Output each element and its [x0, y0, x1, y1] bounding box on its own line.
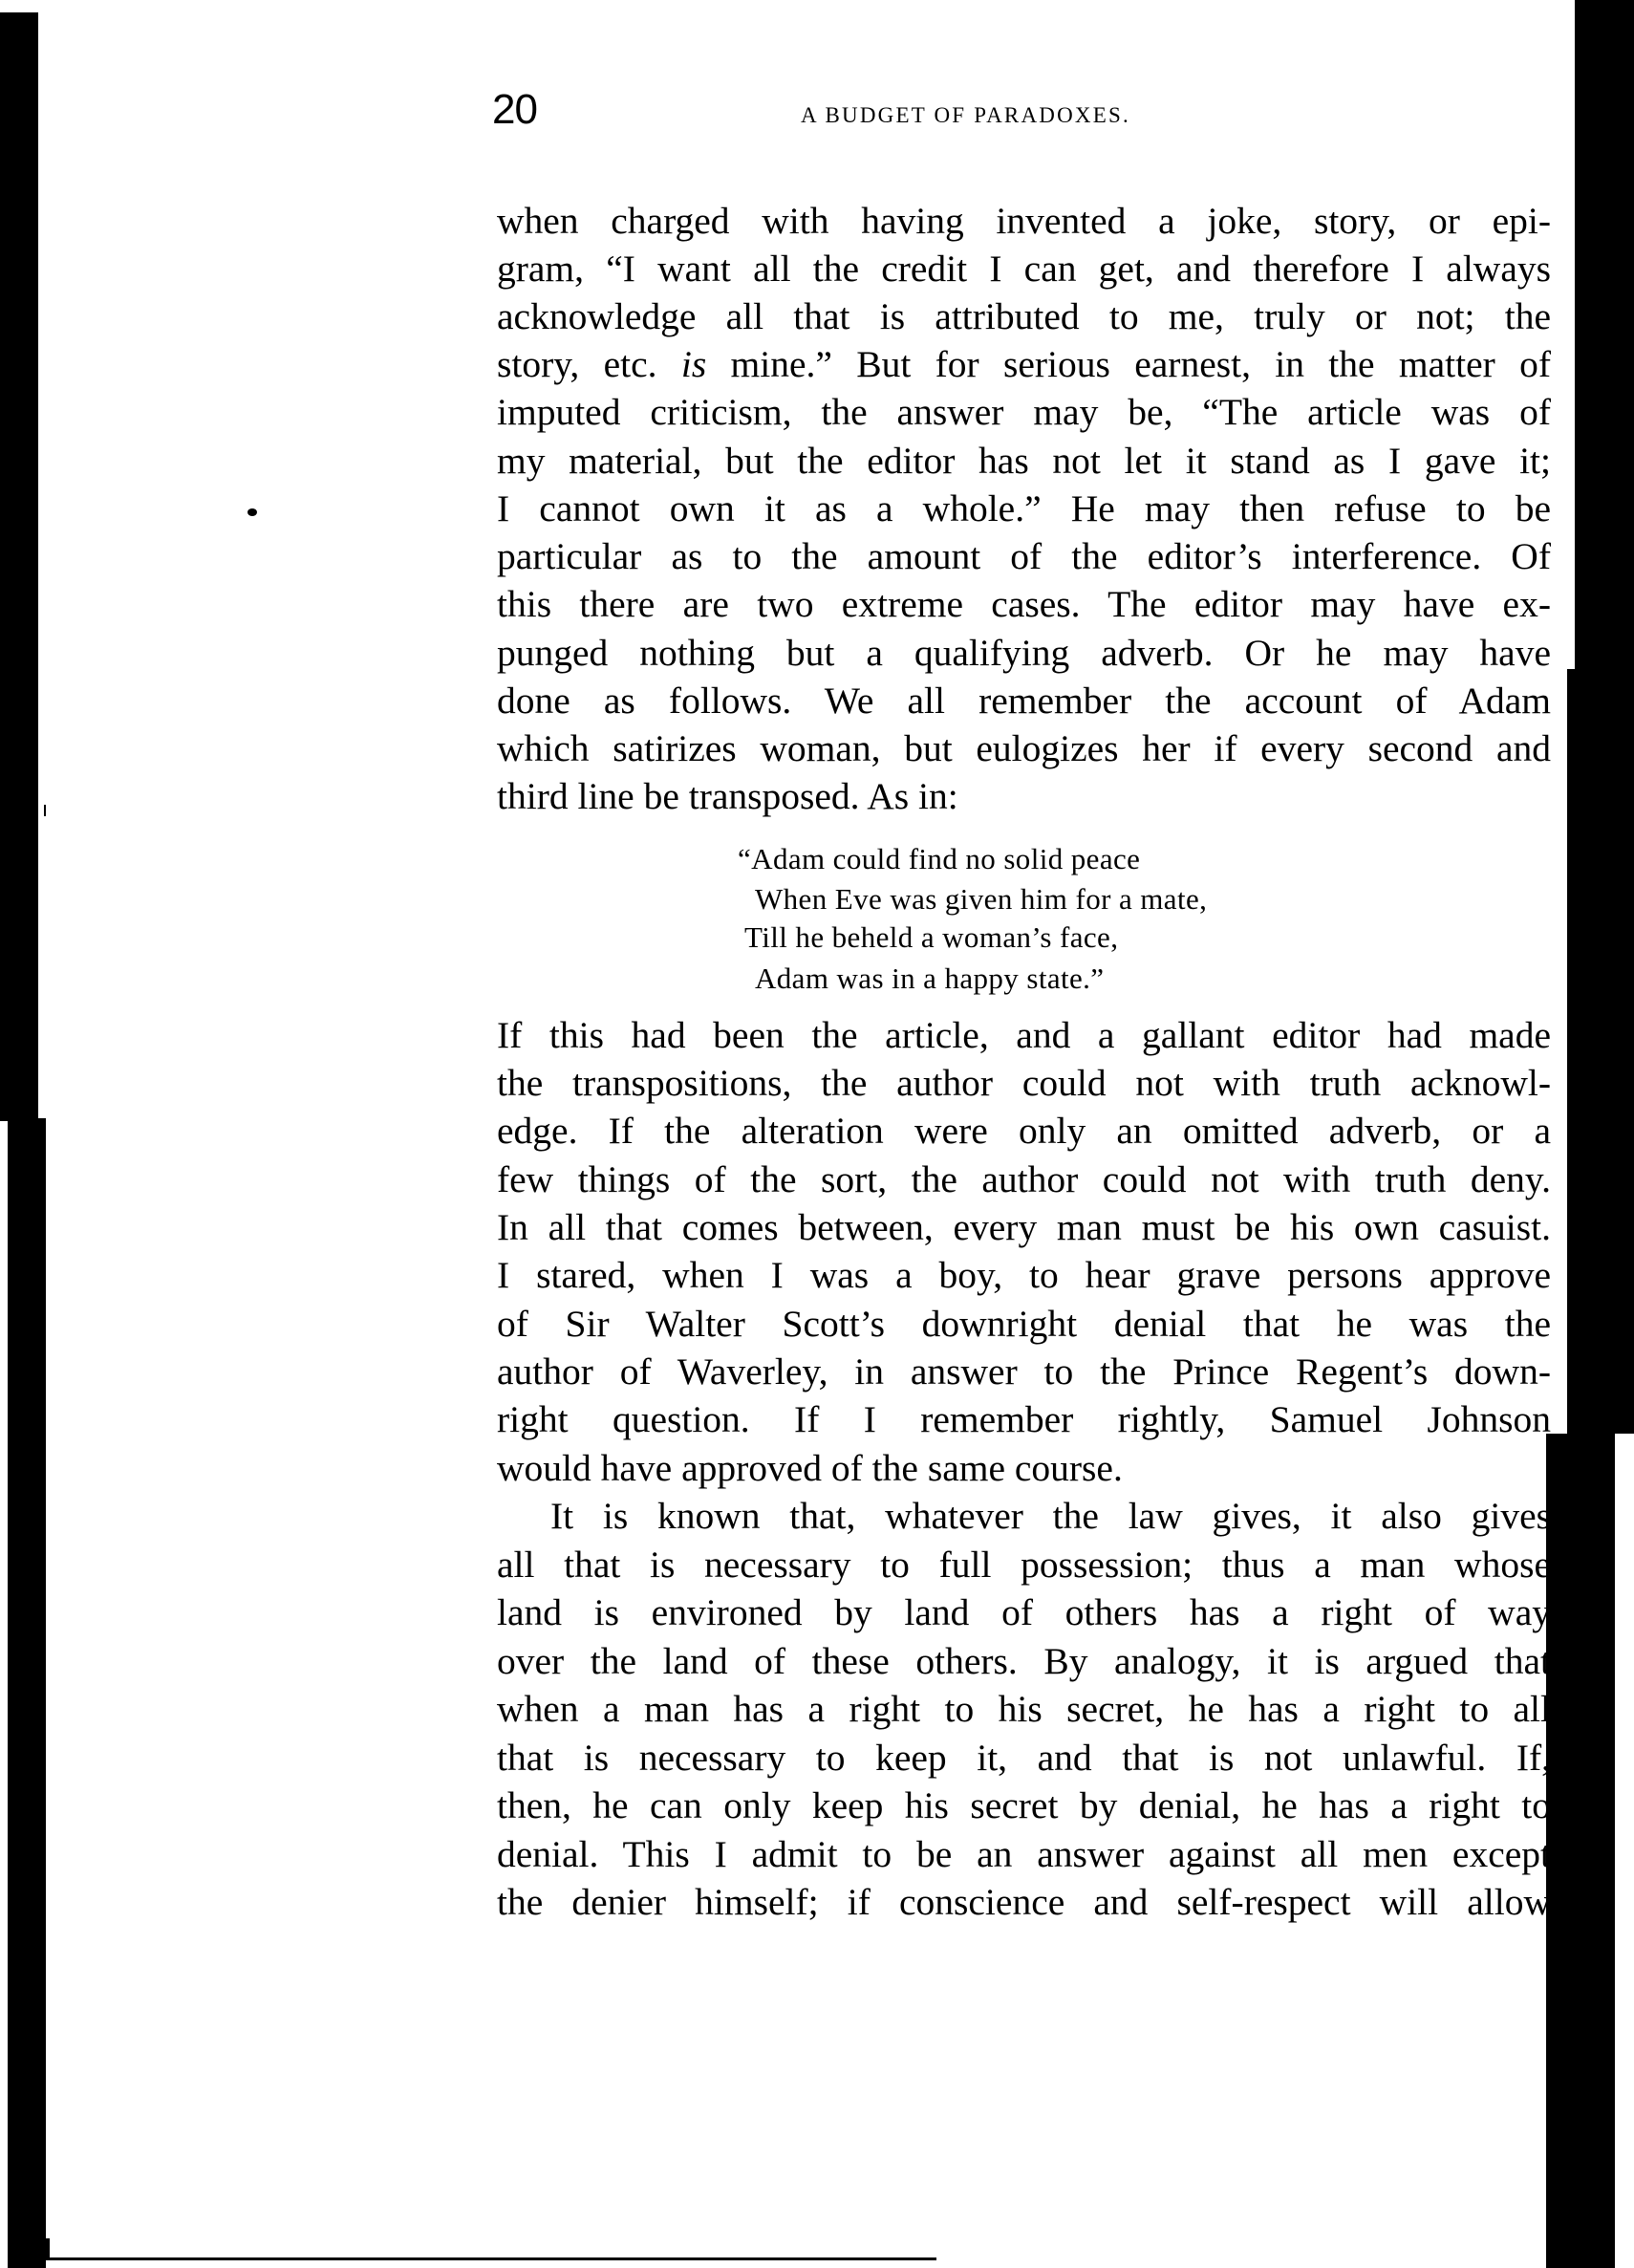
bottom-scan-edge	[38, 2257, 936, 2260]
text-fragment: story, etc.	[497, 343, 681, 385]
left-scan-border-lower	[8, 1118, 46, 2268]
text-line: edge. If the alteration were only an omi…	[497, 1109, 1551, 1153]
text-line: would have approved of the same course.	[497, 1446, 1551, 1490]
text-fragment: mine.” But for serious earnest, in the m…	[706, 343, 1551, 385]
text-line: of Sir Walter Scott’s downright denial t…	[497, 1302, 1551, 1346]
text-line: punged nothing but a qualifying adverb. …	[497, 631, 1551, 675]
italic-emphasis: is	[681, 343, 706, 385]
left-scan-border	[0, 12, 38, 1121]
text-line: this there are two extreme cases. The ed…	[497, 582, 1551, 626]
verse-line: “Adam could find no solid peace	[738, 841, 1140, 877]
verse-line: Adam was in a happy state.”	[755, 961, 1104, 997]
bottom-corner-mark	[46, 2238, 50, 2257]
right-scan-border	[1575, 0, 1634, 669]
text-line: all that is necessary to full possession…	[497, 1543, 1551, 1587]
text-line: author of Waverley, in answer to the Pri…	[497, 1350, 1551, 1393]
text-line: that is necessary to keep it, and that i…	[497, 1736, 1551, 1780]
text-line: gram, “I want all the credit I can get, …	[497, 247, 1551, 291]
text-line: then, he can only keep his secret by den…	[497, 1783, 1551, 1827]
text-line: It is known that, whatever the law gives…	[497, 1494, 1551, 1538]
text-line: which satirizes woman, but eulogizes her…	[497, 726, 1551, 770]
text-line: done as follows. We all remember the acc…	[497, 679, 1551, 723]
verse-line: Till he beheld a woman’s face,	[744, 919, 1118, 956]
text-line: story, etc. is mine.” But for serious ea…	[497, 342, 1551, 386]
text-line: In all that comes between, every man mus…	[497, 1205, 1551, 1249]
text-line: third line be transposed. As in:	[497, 774, 1551, 818]
text-line: acknowledge all that is attributed to me…	[497, 294, 1551, 338]
text-line: right question. If I remember rightly, S…	[497, 1397, 1551, 1441]
text-line: I stared, when I was a boy, to hear grav…	[497, 1253, 1551, 1297]
text-line: particular as to the amount of the edito…	[497, 534, 1551, 578]
text-line: few things of the sort, the author could…	[497, 1157, 1551, 1201]
text-line: over the land of these others. By analog…	[497, 1639, 1551, 1683]
verse-line: When Eve was given him for a mate,	[755, 881, 1207, 918]
text-line: If this had been the article, and a gall…	[497, 1013, 1551, 1057]
margin-speck	[247, 508, 257, 516]
text-line: land is environed by land of others has …	[497, 1590, 1551, 1634]
margin-tick	[44, 805, 46, 816]
right-scan-border-lower	[1546, 1434, 1615, 2268]
right-scan-border-mid	[1567, 669, 1634, 1434]
text-line: my material, but the editor has not let …	[497, 439, 1551, 483]
text-line: when a man has a right to his secret, he…	[497, 1687, 1551, 1731]
running-title: A BUDGET OF PARADOXES.	[801, 101, 1130, 130]
text-line: the denier himself; if conscience and se…	[497, 1880, 1551, 1924]
text-line: denial. This I admit to be an answer aga…	[497, 1832, 1551, 1876]
text-line: I cannot own it as a whole.” He may then…	[497, 486, 1551, 530]
text-line: imputed criticism, the answer may be, “T…	[497, 390, 1551, 434]
text-line: when charged with having invented a joke…	[497, 199, 1551, 243]
text-line: the transpositions, the author could not…	[497, 1061, 1551, 1105]
page-number: 20	[492, 86, 537, 134]
